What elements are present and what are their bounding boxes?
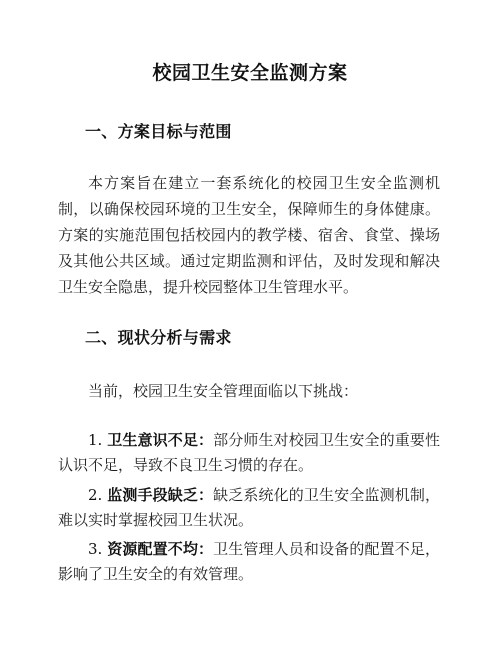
document-page: 校园卫生安全监测方案 一、方案目标与范围 本方案旨在建立一套系统化的校园卫生安全… — [0, 0, 500, 647]
list-number: 3. — [88, 540, 107, 558]
section-heading-status-needs: 二、现状分析与需求 — [85, 327, 232, 349]
document-title: 校园卫生安全监测方案 — [0, 60, 500, 86]
challenge-list-item: 3. 资源配置不均：卫生管理人员和设备的配置不足，影响了卫生安全的有效管理。 — [58, 537, 440, 587]
list-term: 卫生意识不足： — [107, 431, 213, 449]
list-term: 资源配置不均： — [107, 540, 213, 558]
section-paragraph-goals-scope: 本方案旨在建立一套系统化的校园卫生安全监测机制，以确保校园环境的卫生安全，保障师… — [58, 170, 440, 300]
section-heading-goals-scope: 一、方案目标与范围 — [85, 121, 232, 143]
list-number: 1. — [88, 431, 107, 449]
list-term: 监测手段缺乏： — [107, 486, 213, 504]
list-number: 2. — [88, 486, 107, 504]
challenge-list-item: 2. 监测手段缺乏：缺乏系统化的卫生安全监测机制，难以实时掌握校园卫生状况。 — [58, 483, 440, 533]
section-intro-challenges: 当前，校园卫生安全管理面临以下挑战： — [58, 378, 440, 404]
challenge-list-item: 1. 卫生意识不足：部分师生对校园卫生安全的重要性认识不足，导致不良卫生习惯的存… — [58, 428, 440, 478]
